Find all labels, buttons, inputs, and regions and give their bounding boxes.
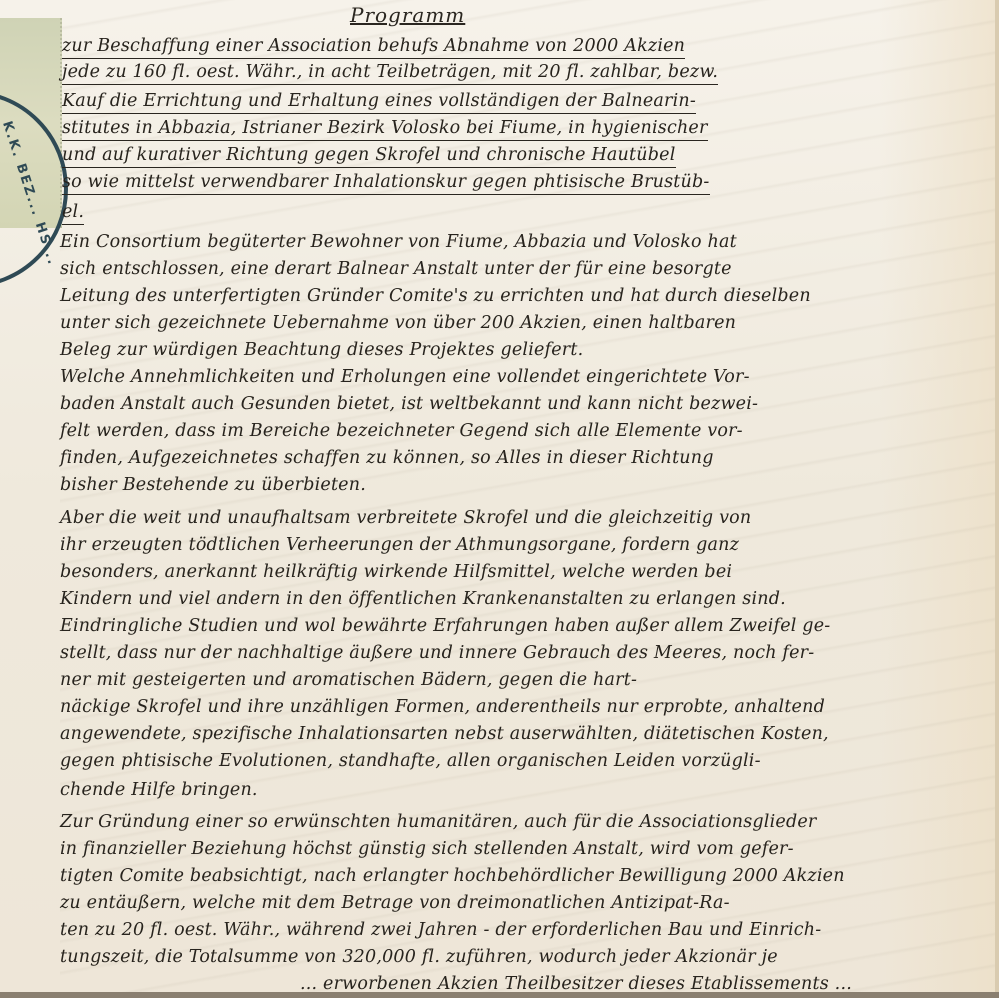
text-line: Beleg zur würdigen Beachtung dieses Proj…	[60, 340, 583, 360]
text-line: zu entäußern, welche mit dem Betrage von…	[60, 893, 730, 913]
text-line: Eindringliche Studien und wol bewährte E…	[60, 616, 830, 636]
text-line: näckige Skrofel und ihre unzähligen Form…	[60, 697, 825, 717]
text-line: Aber die weit und unaufhaltsam verbreite…	[60, 508, 751, 528]
text-line: tigten Comite beabsichtigt, nach erlangt…	[60, 866, 845, 886]
text-line: Welche Annehmlichkeiten und Erholungen e…	[60, 367, 750, 387]
text-line: zur Beschaffung einer Association behufs…	[62, 36, 685, 59]
text-line: stellt, dass nur der nachhaltige äußere …	[60, 643, 814, 663]
text-line: tungszeit, die Totalsumme von 320,000 fl…	[60, 947, 778, 967]
text-line: Leitung des unterfertigten Gründer Comit…	[60, 286, 811, 306]
text-line: chende Hilfe bringen.	[60, 780, 258, 800]
text-line: besonders, anerkannt heilkräftig wirkend…	[60, 562, 732, 582]
document-page: K.K. BEZ... HS... Programm zur Beschaffu…	[0, 0, 999, 998]
text-line: Ein Consortium begüterter Bewohner von F…	[60, 232, 737, 252]
text-line: angewendete, spezifische Inhalationsarte…	[60, 724, 829, 744]
text-line: ... erworbenen Akzien Theilbesitzer dies…	[300, 974, 852, 994]
text-line: Zur Gründung einer so erwünschten humani…	[60, 812, 816, 832]
text-line: und auf kurativer Richtung gegen Skrofel…	[62, 145, 676, 168]
text-line: sich entschlossen, eine derart Balnear A…	[60, 259, 732, 279]
text-line: Kauf die Errichtung und Erhaltung eines …	[62, 91, 696, 114]
text-line: el.	[62, 202, 84, 225]
text-line: ten zu 20 fl. oest. Währ., während zwei …	[60, 920, 821, 940]
text-line: so wie mittelst verwendbarer Inhalations…	[62, 172, 710, 195]
text-line: in finanzieller Beziehung höchst günstig…	[60, 839, 794, 859]
text-line: ner mit gesteigerten und aromatischen Bä…	[60, 670, 637, 690]
text-line: stitutes in Abbazia, Istrianer Bezirk Vo…	[62, 118, 708, 141]
text-line: unter sich gezeichnete Uebernahme von üb…	[60, 313, 736, 333]
text-line: bisher Bestehende zu überbieten.	[60, 475, 366, 495]
text-line: felt werden, dass im Bereiche bezeichnet…	[60, 421, 743, 441]
paper-edge-bottom	[0, 992, 999, 998]
text-line: jede zu 160 fl. oest. Währ., in acht Tei…	[62, 62, 718, 85]
text-line: finden, Aufgezeichnetes schaffen zu könn…	[60, 448, 714, 468]
document-title: Programm	[350, 3, 465, 27]
paper-edge-right	[995, 0, 999, 998]
text-line: ihr erzeugten tödtlichen Verheerungen de…	[60, 535, 739, 555]
text-line: baden Anstalt auch Gesunden bietet, ist …	[60, 394, 758, 414]
text-line: Kindern und viel andern in den öffentlic…	[60, 589, 786, 609]
text-line: gegen phtisische Evolutionen, standhafte…	[60, 751, 761, 771]
